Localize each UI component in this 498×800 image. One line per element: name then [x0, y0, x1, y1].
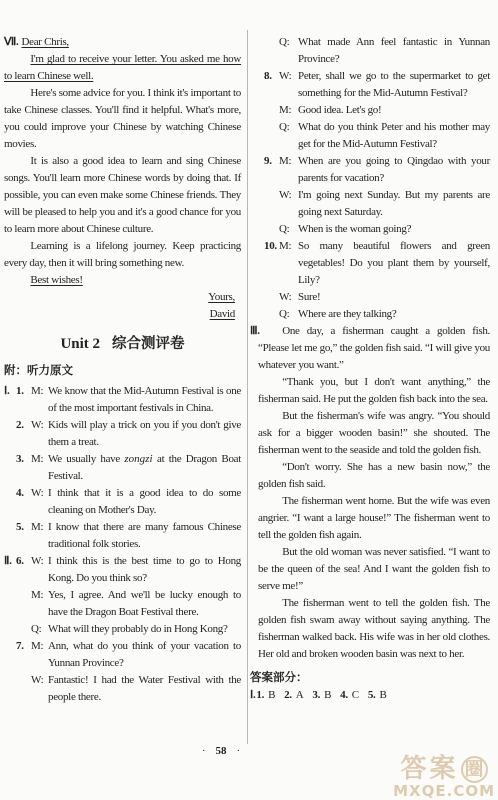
letter-signoff-name: David	[4, 306, 241, 323]
answer-number: 1.	[256, 689, 264, 701]
speaker-label: W:	[31, 417, 43, 434]
answers-line: Ⅰ.1.B2.A3.B4.C5.B	[250, 687, 490, 704]
transcript-left-list: Ⅰ.1.M:We know that the Mid-Autumn Festiv…	[4, 383, 241, 706]
item-number: 7.	[16, 638, 24, 655]
story-paragraph: “Don't worry. She has a new basin now,” …	[258, 459, 490, 493]
item-number: 1.	[16, 383, 24, 400]
dialogue-line: 3.M:We usually have zongzi at the Dragon…	[4, 451, 241, 485]
watermark: 答案圈 MXQE.COM	[393, 755, 495, 799]
speaker-label: W:	[31, 672, 43, 689]
item-number: 8.	[264, 68, 272, 85]
column-divider-line	[247, 30, 248, 744]
speaker-label: M:	[31, 451, 43, 468]
speaker-label: W:	[279, 289, 291, 306]
item-number: 2.	[16, 417, 24, 434]
answer-number: 5.	[368, 689, 376, 701]
dialogue-line: W:I'm going next Sunday. But my parents …	[250, 187, 490, 221]
dialogue-line: 10.M:So many beautiful flowers and green…	[250, 238, 490, 289]
transcript-label: 附：听力原文	[4, 362, 241, 379]
answer-letter: B	[268, 689, 275, 701]
letter-paragraph: Here's some advice for you. I think it's…	[4, 85, 241, 153]
speaker-label: M:	[279, 153, 291, 170]
scanned-answer-page: Ⅶ.Dear Chris, I'm glad to receive your l…	[0, 0, 498, 800]
item-number: 5.	[16, 519, 24, 536]
dialogue-line: Q:What do you think Peter and his mother…	[250, 119, 490, 153]
dialogue-line: M:Yes, I agree. And we'll be lucky enoug…	[4, 587, 241, 621]
transcript-right-list: Q:What made Ann feel fantastic in Yunnan…	[250, 34, 490, 323]
item-number: 6.	[16, 553, 24, 570]
section-roman-label: Ⅰ.	[4, 383, 9, 400]
answer-letter: B	[324, 689, 331, 701]
section-iii-label: Ⅲ.	[250, 323, 260, 340]
item-number: 4.	[16, 485, 24, 502]
answers-roman-label: Ⅰ.	[250, 689, 255, 701]
answer-letter: A	[296, 689, 304, 701]
letter-closing-line: Best wishes!	[4, 272, 241, 289]
speaker-label: Q:	[279, 306, 289, 323]
letter-paragraph: Learning is a lifelong journey. Keep pra…	[4, 238, 241, 272]
dialogue-line: Q:Where are they talking?	[250, 306, 490, 323]
answers-heading: 答案部分：	[250, 669, 490, 686]
italic-term: zongzi	[124, 453, 152, 465]
story-paragraph: One day, a fisherman caught a golden fis…	[258, 323, 490, 374]
dialogue-line: Q:What made Ann feel fantastic in Yunnan…	[250, 34, 490, 68]
dialogue-line: 9.M:When are you going to Qingdao with y…	[250, 153, 490, 187]
section-roman-label: Ⅱ.	[4, 553, 12, 570]
story-paragraph: But the fisherman's wife was angry. “You…	[258, 408, 490, 459]
speaker-label: W:	[279, 68, 291, 85]
answer-letter: C	[352, 689, 359, 701]
speaker-label: Q:	[279, 34, 289, 51]
left-column: Ⅶ.Dear Chris, I'm glad to receive your l…	[4, 34, 241, 706]
letter-closing: Best wishes!	[30, 274, 82, 286]
item-number: 3.	[16, 451, 24, 468]
letter-salutation-line: Ⅶ.Dear Chris,	[4, 34, 241, 51]
speaker-label: W:	[279, 187, 291, 204]
right-column: Q:What made Ann feel fantastic in Yunnan…	[250, 34, 490, 704]
watermark-site: MXQE.COM	[393, 783, 495, 799]
page-number-dot-right: ·	[237, 745, 241, 757]
story-paragraph: The fisherman went home. But the wife wa…	[258, 493, 490, 544]
dialogue-line: W:Sure!	[250, 289, 490, 306]
dialogue-line: 2.W:Kids will play a trick on you if you…	[4, 417, 241, 451]
page-number-dot-left: ·	[202, 745, 206, 757]
letter-intro: I'm glad to receive your letter. You ask…	[4, 51, 241, 85]
speaker-label: Q:	[279, 119, 289, 136]
speaker-label: Q:	[279, 221, 289, 238]
item-number: 10.	[264, 238, 277, 255]
story-paragraph: “Thank you, but I don't want anything,” …	[258, 374, 490, 408]
speaker-label: M:	[31, 383, 43, 400]
page-number-value: 58	[216, 745, 227, 757]
story-paragraph: The fisherman went to tell the golden fi…	[258, 595, 490, 663]
speaker-label: M:	[31, 587, 43, 604]
answer-number: 4.	[340, 689, 348, 701]
dialogue-line: 5.M:I know that there are many famous Ch…	[4, 519, 241, 553]
speaker-label: M:	[31, 519, 43, 536]
item-number: 9.	[264, 153, 272, 170]
watermark-brand: 答案圈	[393, 755, 495, 783]
speaker-label: W:	[31, 553, 43, 570]
answer-letter: B	[379, 689, 386, 701]
speaker-label: Q:	[31, 621, 41, 638]
listening-story-section: Ⅲ.One day, a fisherman caught a golden f…	[250, 323, 490, 663]
dialogue-line: M:Good idea. Let's go!	[250, 102, 490, 119]
speaker-label: M:	[31, 638, 43, 655]
letter-signoff-yours: Yours,	[4, 289, 241, 306]
letter-paragraph: It is also a good idea to learn and sing…	[4, 153, 241, 238]
letter-section: Ⅶ.Dear Chris, I'm glad to receive your l…	[4, 34, 241, 323]
section-vii-label: Ⅶ.	[4, 36, 18, 48]
dialogue-line: 7.M:Ann, what do you think of your vacat…	[4, 638, 241, 672]
speaker-label: M:	[279, 238, 291, 255]
answer-number: 3.	[312, 689, 320, 701]
dialogue-line: 4.W:I think that it is a good idea to do…	[4, 485, 241, 519]
dialogue-line: Ⅱ.6.W:I think this is the best time to g…	[4, 553, 241, 587]
dialogue-line: 8.W:Peter, shall we go to the supermarke…	[250, 68, 490, 102]
dialogue-line: W:Fantastic! I had the Water Festival wi…	[4, 672, 241, 706]
watermark-circle-glyph: 圈	[461, 756, 488, 783]
speaker-label: W:	[31, 485, 43, 502]
story-paragraph: But the old woman was never satisfied. “…	[258, 544, 490, 595]
letter-salutation: Dear Chris,	[21, 36, 68, 48]
dialogue-line: Ⅰ.1.M:We know that the Mid-Autumn Festiv…	[4, 383, 241, 417]
unit-heading: Unit 2综合测评卷	[4, 336, 241, 353]
unit-heading-zh: 综合测评卷	[112, 336, 185, 352]
dialogue-line: Q:When is the woman going?	[250, 221, 490, 238]
speaker-label: M:	[279, 102, 291, 119]
dialogue-line: Q:What will they probably do in Hong Kon…	[4, 621, 241, 638]
page-number: ·58·	[0, 745, 442, 757]
answer-number: 2.	[284, 689, 292, 701]
unit-heading-en: Unit 2	[60, 336, 100, 352]
